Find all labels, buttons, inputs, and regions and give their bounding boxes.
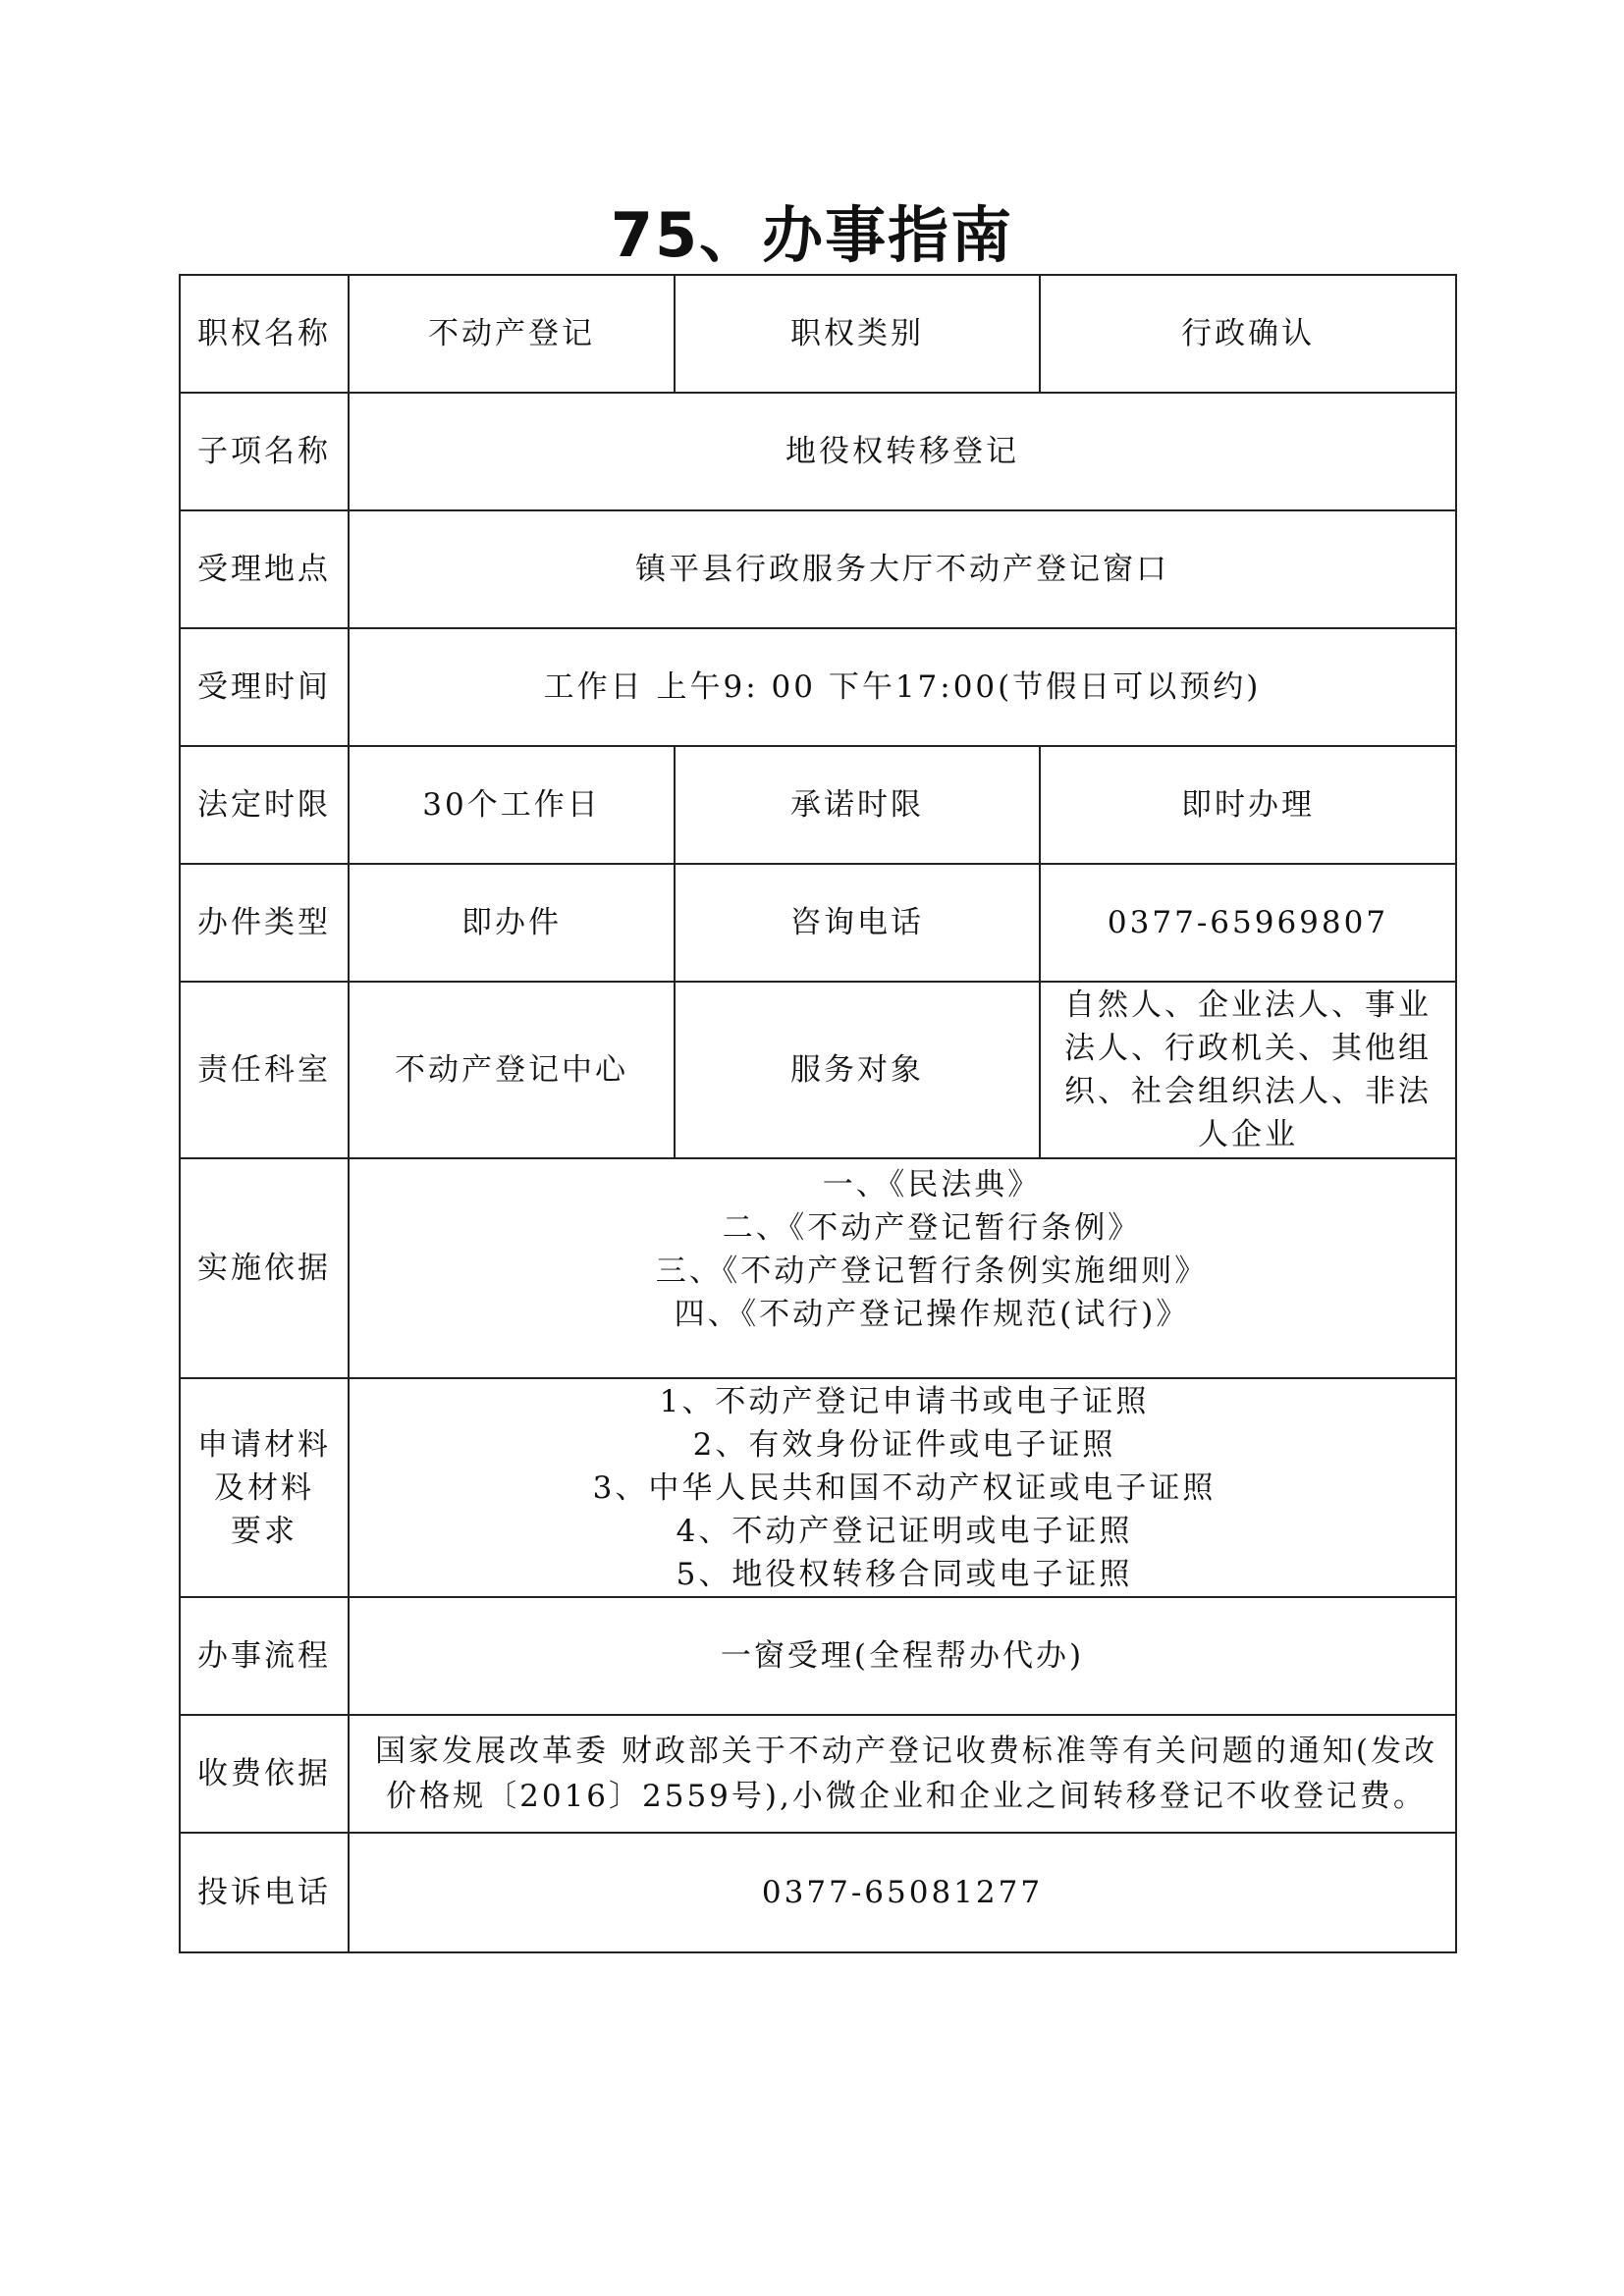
value-fee: 国家发展改革委 财政部关于不动产登记收费标准等有关问题的通知(发改价格规〔201… bbox=[349, 1715, 1456, 1833]
value-case-type: 即办件 bbox=[349, 864, 675, 982]
row-materials: 申请材料 及材料 要求 1、不动产登记申请书或电子证照 2、有效身份证件或电子证… bbox=[180, 1378, 1456, 1597]
basis-item: 一、《民法典》 bbox=[418, 1163, 1445, 1206]
materials-list: 1、不动产登记申请书或电子证照 2、有效身份证件或电子证照 3、中华人民共和国不… bbox=[349, 1378, 1456, 1597]
label-complaint-phone: 投诉电话 bbox=[180, 1833, 349, 1952]
material-item: 3、中华人民共和国不动产权证或电子证照 bbox=[363, 1467, 1445, 1510]
row-hours: 受理时间 工作日 上午9: 00 下午17:00(节假日可以预约) bbox=[180, 628, 1456, 746]
value-subitem: 地役权转移登记 bbox=[349, 393, 1456, 510]
row-process: 办事流程 一窗受理(全程帮办代办) bbox=[180, 1597, 1456, 1715]
label-authority-name: 职权名称 bbox=[180, 275, 349, 393]
label-promised-limit: 承诺时限 bbox=[675, 746, 1040, 864]
value-department: 不动产登记中心 bbox=[349, 982, 675, 1158]
value-promised-limit: 即时办理 bbox=[1040, 746, 1456, 864]
value-consult-phone: 0377-65969807 bbox=[1040, 864, 1456, 982]
row-subitem: 子项名称 地役权转移登记 bbox=[180, 393, 1456, 510]
value-complaint-phone: 0377-65081277 bbox=[349, 1833, 1456, 1952]
material-item: 4、不动产登记证明或电子证照 bbox=[363, 1510, 1445, 1553]
label-authority-category: 职权类别 bbox=[675, 275, 1040, 393]
label-hours: 受理时间 bbox=[180, 628, 349, 746]
page-title: 75、办事指南 bbox=[0, 196, 1624, 275]
material-item: 1、不动产登记申请书或电子证照 bbox=[363, 1380, 1445, 1423]
label-case-type: 办件类型 bbox=[180, 864, 349, 982]
value-service-target: 自然人、企业法人、事业法人、行政机关、其他组织、社会组织法人、非法人企业 bbox=[1040, 982, 1456, 1158]
basis-list: 一、《民法典》 二、《不动产登记暂行条例》 三、《不动产登记暂行条例实施细则》 … bbox=[349, 1158, 1456, 1378]
service-guide-table: 职权名称 不动产登记 职权类别 行政确认 子项名称 地役权转移登记 受理地点 镇… bbox=[179, 274, 1457, 1953]
basis-item: 二、《不动产登记暂行条例》 bbox=[418, 1206, 1445, 1250]
label-legal-limit: 法定时限 bbox=[180, 746, 349, 864]
row-basis: 实施依据 一、《民法典》 二、《不动产登记暂行条例》 三、《不动产登记暂行条例实… bbox=[180, 1158, 1456, 1378]
label-process: 办事流程 bbox=[180, 1597, 349, 1715]
material-item: 5、地役权转移合同或电子证照 bbox=[363, 1553, 1445, 1596]
row-department: 责任科室 不动产登记中心 服务对象 自然人、企业法人、事业法人、行政机关、其他组… bbox=[180, 982, 1456, 1158]
row-complaint: 投诉电话 0377-65081277 bbox=[180, 1833, 1456, 1952]
value-legal-limit: 30个工作日 bbox=[349, 746, 675, 864]
value-process: 一窗受理(全程帮办代办) bbox=[349, 1597, 1456, 1715]
value-location: 镇平县行政服务大厅不动产登记窗口 bbox=[349, 510, 1456, 628]
value-authority-name: 不动产登记 bbox=[349, 275, 675, 393]
basis-item: 四、《不动产登记操作规范(试行)》 bbox=[418, 1293, 1445, 1336]
label-service-target: 服务对象 bbox=[675, 982, 1040, 1158]
row-time-limit: 法定时限 30个工作日 承诺时限 即时办理 bbox=[180, 746, 1456, 864]
label-basis: 实施依据 bbox=[180, 1158, 349, 1378]
value-hours: 工作日 上午9: 00 下午17:00(节假日可以预约) bbox=[349, 628, 1456, 746]
basis-item: 三、《不动产登记暂行条例实施细则》 bbox=[418, 1250, 1445, 1293]
row-fee: 收费依据 国家发展改革委 财政部关于不动产登记收费标准等有关问题的通知(发改价格… bbox=[180, 1715, 1456, 1833]
material-item: 2、有效身份证件或电子证照 bbox=[363, 1423, 1445, 1467]
label-department: 责任科室 bbox=[180, 982, 349, 1158]
label-location: 受理地点 bbox=[180, 510, 349, 628]
label-materials: 申请材料 及材料 要求 bbox=[180, 1378, 349, 1597]
row-location: 受理地点 镇平县行政服务大厅不动产登记窗口 bbox=[180, 510, 1456, 628]
label-fee: 收费依据 bbox=[180, 1715, 349, 1833]
value-authority-category: 行政确认 bbox=[1040, 275, 1456, 393]
label-subitem: 子项名称 bbox=[180, 393, 349, 510]
row-type: 办件类型 即办件 咨询电话 0377-65969807 bbox=[180, 864, 1456, 982]
label-consult-phone: 咨询电话 bbox=[675, 864, 1040, 982]
row-authority: 职权名称 不动产登记 职权类别 行政确认 bbox=[180, 275, 1456, 393]
